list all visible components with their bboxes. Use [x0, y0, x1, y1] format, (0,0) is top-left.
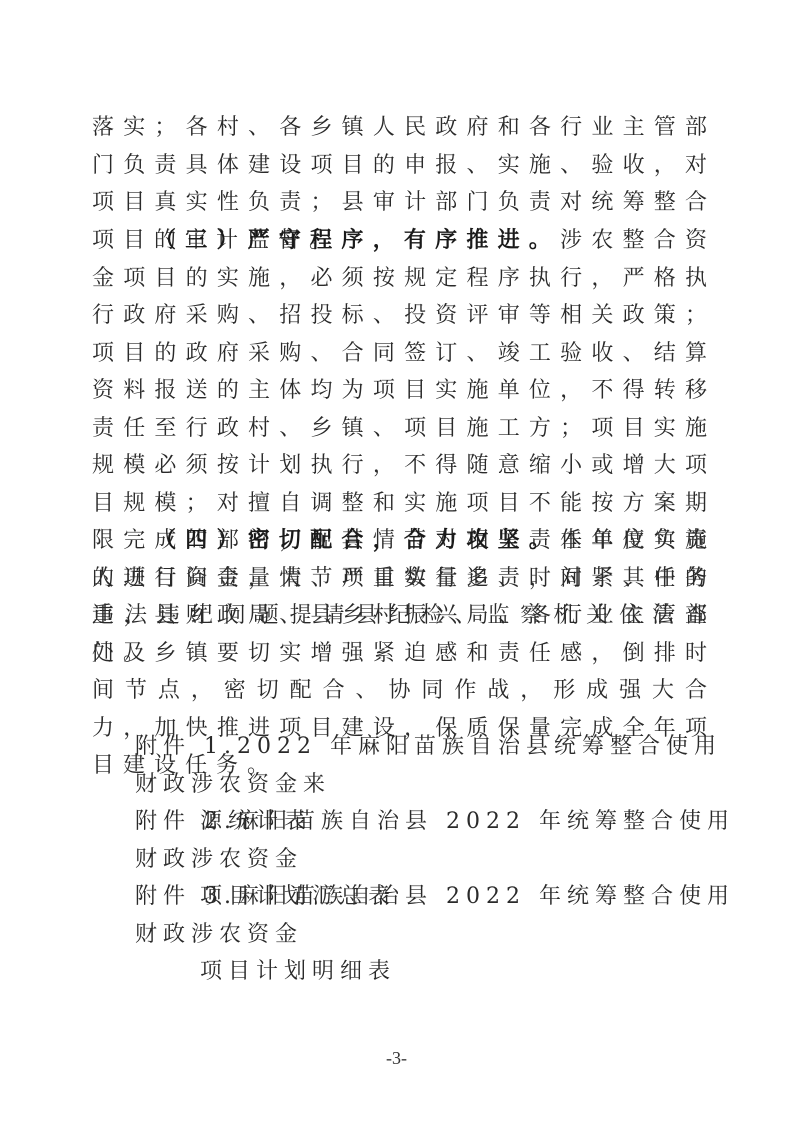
section-heading: （三）严守程序，有序推进。	[154, 227, 560, 253]
attachment-prefix: 附件 3.	[135, 884, 237, 909]
page-number: -3-	[0, 1048, 793, 1069]
section-heading: （四）密切配合，合力攻坚。	[154, 527, 560, 553]
attachment-prefix: 附件 1.	[135, 734, 237, 759]
attachment-prefix: 附件 2.	[135, 809, 237, 834]
document-page: 落实；各村、各乡镇人民政府和各行业主管部门负责具体建设项目的申报、实施、验收，对…	[0, 0, 793, 1121]
attachment-3: 附件 3.麻阳苗族自治县 2022 年统筹整合使用财政涉农资金 项目计划明细表	[135, 878, 735, 991]
attachment-title-line2: 项目计划明细表	[135, 953, 735, 991]
